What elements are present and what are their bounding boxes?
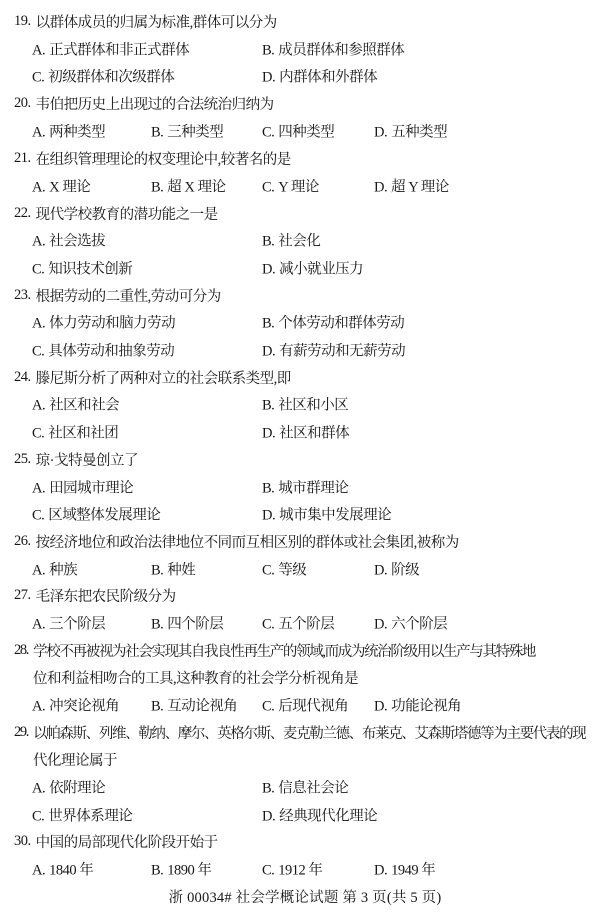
option-text: 社会化 xyxy=(278,234,320,250)
option-text: 正式群体和非正式群体 xyxy=(49,43,189,59)
option-label: A. xyxy=(32,234,45,250)
option-text: 信息社会论 xyxy=(278,781,348,797)
option-text: 内群体和外群体 xyxy=(279,70,377,86)
option-label: A. xyxy=(32,398,45,414)
option-text: 功能论视角 xyxy=(391,699,461,715)
option-text: 1912 年 xyxy=(278,863,322,879)
option-text: 三种类型 xyxy=(167,125,223,141)
option-text: 区域整体发展理论 xyxy=(48,507,160,523)
option-text: 种姓 xyxy=(167,562,195,578)
option-label: D. xyxy=(374,699,387,715)
question-number: 29. xyxy=(14,724,28,741)
option-text: 五个阶层 xyxy=(278,617,334,633)
option-text: 互动论视角 xyxy=(167,699,237,715)
options-row: C.区域整体发展理论D.城市集中发展理论 xyxy=(14,500,596,527)
question-text: 以帕森斯、列维、勒纳、摩尔、英格尔斯、麦克勒兰德、布莱克、艾森斯塔德等为主要代表… xyxy=(33,722,585,743)
question-text: 位和利益相吻合的工具,这种教育的社会学分析视角是 xyxy=(33,667,358,688)
option-label: D. xyxy=(374,562,387,578)
question-text: 中国的局部现代化阶段开始于 xyxy=(36,831,218,852)
option-c: C.1912 年 xyxy=(262,859,322,880)
option-c: C.社区和社团 xyxy=(32,421,118,442)
option-label: C. xyxy=(262,617,274,633)
option-a: A.社会选拔 xyxy=(32,230,105,251)
option-text: 体力劳动和脑力劳动 xyxy=(49,316,175,332)
option-b: B.超 X 理论 xyxy=(151,175,226,196)
option-b: B.互动论视角 xyxy=(151,695,237,716)
option-label: C. xyxy=(262,863,274,879)
option-label: C. xyxy=(32,507,44,523)
question-stem: 20.韦伯把历史上出现过的合法统治归纳为 xyxy=(14,90,596,117)
question-number: 20. xyxy=(14,95,31,112)
options-row: C.知识技术创新D.减小就业压力 xyxy=(14,254,596,281)
option-label: B. xyxy=(151,125,163,141)
options-row: A.X 理论B.超 X 理论C.Y 理论D.超 Y 理论 xyxy=(14,172,596,199)
option-d: D.超 Y 理论 xyxy=(374,175,449,196)
options-row: C.世界体系理论D.经典现代化理论 xyxy=(14,801,596,828)
option-label: A. xyxy=(32,699,45,715)
option-label: B. xyxy=(262,43,274,59)
option-label: A. xyxy=(32,863,45,879)
option-b: B.社会化 xyxy=(262,230,320,251)
option-a: A.X 理论 xyxy=(32,175,90,196)
option-label: B. xyxy=(151,562,163,578)
option-text: 四种类型 xyxy=(278,125,334,141)
option-label: A. xyxy=(32,125,45,141)
option-d: D.减小就业压力 xyxy=(262,257,363,278)
option-c: C.后现代视角 xyxy=(262,695,348,716)
option-text: 田园城市理论 xyxy=(49,480,133,496)
options-row: A.种族B.种姓C.等级D.阶级 xyxy=(14,555,596,582)
question-stem: 23.根据劳动的二重性,劳动可分为 xyxy=(14,281,596,308)
option-d: D.城市集中发展理论 xyxy=(262,503,391,524)
question-number: 28. xyxy=(14,642,28,659)
option-d: D.五种类型 xyxy=(374,121,447,142)
option-label: A. xyxy=(32,43,45,59)
option-b: B.社区和小区 xyxy=(262,394,348,415)
option-text: 城市群理论 xyxy=(278,480,348,496)
question-text: 琼·戈特曼创立了 xyxy=(36,449,138,470)
question-stem: 27.毛泽东把农民阶级分为 xyxy=(14,582,596,609)
option-a: A.两种类型 xyxy=(32,121,105,142)
option-label: B. xyxy=(151,863,163,879)
option-a: A.体力劳动和脑力劳动 xyxy=(32,312,175,333)
option-a: A.三个阶层 xyxy=(32,613,105,634)
option-label: B. xyxy=(151,179,163,195)
question-stem: 28.学校不再被视为社会实现其自我良性再生产的领域,而成为统治阶级用以生产与其特… xyxy=(14,637,596,664)
option-text: 社区和群体 xyxy=(279,425,349,441)
option-text: Y 理论 xyxy=(278,179,319,195)
option-text: 具体劳动和抽象劳动 xyxy=(48,343,174,359)
question-number: 23. xyxy=(14,287,31,304)
question-stem-continued: 位和利益相吻合的工具,这种教育的社会学分析视角是 xyxy=(14,664,596,691)
question-text: 毛泽东把农民阶级分为 xyxy=(36,585,176,606)
option-d: D.阶级 xyxy=(374,558,419,579)
option-text: 成员群体和参照群体 xyxy=(278,43,404,59)
option-c: C.五个阶层 xyxy=(262,613,334,634)
options-row: A.1840 年B.1890 年C.1912 年D.1949 年 xyxy=(14,856,596,883)
option-text: 依附理论 xyxy=(49,781,105,797)
options-row: A.社区和社会B.社区和小区 xyxy=(14,391,596,418)
option-b: B.三种类型 xyxy=(151,121,223,142)
option-c: C.区域整体发展理论 xyxy=(32,503,160,524)
option-a: A.种族 xyxy=(32,558,77,579)
options-row: A.田园城市理论B.城市群理论 xyxy=(14,473,596,500)
option-label: B. xyxy=(151,699,163,715)
exam-page: 19.以群体成员的归属为标准,群体可以分为A.正式群体和非正式群体B.成员群体和… xyxy=(0,0,610,910)
option-text: 社会选拔 xyxy=(49,234,105,250)
option-label: C. xyxy=(32,425,44,441)
option-text: 种族 xyxy=(49,562,77,578)
option-d: D.社区和群体 xyxy=(262,421,349,442)
options-row: A.体力劳动和脑力劳动B.个体劳动和群体劳动 xyxy=(14,309,596,336)
option-label: D. xyxy=(262,425,275,441)
question-stem: 19.以群体成员的归属为标准,群体可以分为 xyxy=(14,8,596,35)
option-c: C.Y 理论 xyxy=(262,175,319,196)
option-label: D. xyxy=(374,179,387,195)
option-text: 有薪劳动和无薪劳动 xyxy=(279,343,405,359)
option-text: 五种类型 xyxy=(391,125,447,141)
option-text: 经典现代化理论 xyxy=(279,808,377,824)
option-text: 城市集中发展理论 xyxy=(279,507,391,523)
option-label: D. xyxy=(374,617,387,633)
option-b: B.1890 年 xyxy=(151,859,211,880)
option-label: B. xyxy=(262,398,274,414)
footer-text: 浙 00034# 社会学概论试题 第 3 页(共 5 页) xyxy=(169,886,442,907)
option-d: D.1949 年 xyxy=(374,859,435,880)
option-label: C. xyxy=(32,343,44,359)
options-row: A.三个阶层B.四个阶层C.五个阶层D.六个阶层 xyxy=(14,610,596,637)
question-number: 21. xyxy=(14,150,31,167)
options-row: A.正式群体和非正式群体B.成员群体和参照群体 xyxy=(14,35,596,62)
option-label: C. xyxy=(262,125,274,141)
option-label: D. xyxy=(262,507,275,523)
option-text: 1840 年 xyxy=(49,863,93,879)
options-row: C.初级群体和次级群体D.内群体和外群体 xyxy=(14,63,596,90)
page-footer: 浙 00034# 社会学概论试题 第 3 页(共 5 页) xyxy=(14,883,596,910)
option-b: B.四个阶层 xyxy=(151,613,223,634)
option-label: C. xyxy=(262,562,274,578)
question-text: 在组织管理理论的权变理论中,较著名的是 xyxy=(36,148,291,169)
option-text: 等级 xyxy=(278,562,306,578)
option-text: 社区和社会 xyxy=(49,398,119,414)
question-number: 25. xyxy=(14,451,31,468)
option-label: C. xyxy=(32,261,44,277)
question-stem: 30.中国的局部现代化阶段开始于 xyxy=(14,828,596,855)
option-a: A.社区和社会 xyxy=(32,394,119,415)
option-text: 两种类型 xyxy=(49,125,105,141)
options-row: C.社区和社团D.社区和群体 xyxy=(14,418,596,445)
option-b: B.城市群理论 xyxy=(262,476,348,497)
option-text: 超 Y 理论 xyxy=(391,179,449,195)
question-text: 按经济地位和政治法律地位不同而互相区别的群体或社会集团,被称为 xyxy=(36,531,459,552)
option-label: C. xyxy=(262,699,274,715)
option-text: 知识技术创新 xyxy=(48,261,132,277)
options-row: C.具体劳动和抽象劳动D.有薪劳动和无薪劳动 xyxy=(14,336,596,363)
option-text: 1890 年 xyxy=(167,863,211,879)
question-stem: 25.琼·戈特曼创立了 xyxy=(14,446,596,473)
option-text: 三个阶层 xyxy=(49,617,105,633)
question-stem: 22.现代学校教育的潜功能之一是 xyxy=(14,199,596,226)
option-d: D.功能论视角 xyxy=(374,695,461,716)
options-row: A.社会选拔B.社会化 xyxy=(14,227,596,254)
option-c: C.等级 xyxy=(262,558,306,579)
option-d: D.有薪劳动和无薪劳动 xyxy=(262,339,405,360)
question-number: 19. xyxy=(14,13,31,30)
question-number: 27. xyxy=(14,587,31,604)
option-label: D. xyxy=(262,70,275,86)
question-text: 学校不再被视为社会实现其自我良性再生产的领域,而成为统治阶级用以生产与其特殊地 xyxy=(33,640,535,661)
option-c: C.初级群体和次级群体 xyxy=(32,66,174,87)
option-label: D. xyxy=(262,808,275,824)
option-text: 六个阶层 xyxy=(391,617,447,633)
option-text: 四个阶层 xyxy=(167,617,223,633)
option-text: 后现代视角 xyxy=(278,699,348,715)
option-d: D.内群体和外群体 xyxy=(262,66,377,87)
option-d: D.经典现代化理论 xyxy=(262,804,377,825)
option-b: B.种姓 xyxy=(151,558,195,579)
option-c: C.世界体系理论 xyxy=(32,804,132,825)
option-b: B.成员群体和参照群体 xyxy=(262,39,404,60)
question-number: 26. xyxy=(14,533,31,550)
option-a: A.冲突论视角 xyxy=(32,695,119,716)
question-number: 24. xyxy=(14,369,31,386)
option-text: 超 X 理论 xyxy=(167,179,225,195)
option-label: A. xyxy=(32,617,45,633)
option-text: 社区和社团 xyxy=(48,425,118,441)
question-stem: 24.滕尼斯分析了两种对立的社会联系类型,即 xyxy=(14,363,596,390)
question-stem: 21.在组织管理理论的权变理论中,较著名的是 xyxy=(14,145,596,172)
question-number: 22. xyxy=(14,205,31,222)
option-label: B. xyxy=(262,316,274,332)
option-text: 社区和小区 xyxy=(278,398,348,414)
option-label: D. xyxy=(374,863,387,879)
options-row: A.冲突论视角B.互动论视角C.后现代视角D.功能论视角 xyxy=(14,692,596,719)
option-label: A. xyxy=(32,781,45,797)
option-label: B. xyxy=(262,234,274,250)
question-text: 根据劳动的二重性,劳动可分为 xyxy=(36,285,221,306)
option-a: A.1840 年 xyxy=(32,859,93,880)
option-label: B. xyxy=(151,617,163,633)
option-label: B. xyxy=(262,480,274,496)
option-label: D. xyxy=(262,343,275,359)
option-c: C.知识技术创新 xyxy=(32,257,132,278)
question-stem: 29.以帕森斯、列维、勒纳、摩尔、英格尔斯、麦克勒兰德、布莱克、艾森斯塔德等为主… xyxy=(14,719,596,746)
option-a: A.正式群体和非正式群体 xyxy=(32,39,189,60)
option-text: 个体劳动和群体劳动 xyxy=(278,316,404,332)
option-label: A. xyxy=(32,316,45,332)
question-list: 19.以群体成员的归属为标准,群体可以分为A.正式群体和非正式群体B.成员群体和… xyxy=(14,8,596,883)
option-label: A. xyxy=(32,179,45,195)
option-label: D. xyxy=(262,261,275,277)
question-stem: 26.按经济地位和政治法律地位不同而互相区别的群体或社会集团,被称为 xyxy=(14,528,596,555)
option-label: A. xyxy=(32,480,45,496)
question-stem-continued: 代化理论属于 xyxy=(14,746,596,773)
option-label: C. xyxy=(32,70,44,86)
option-c: C.四种类型 xyxy=(262,121,334,142)
option-c: C.具体劳动和抽象劳动 xyxy=(32,339,174,360)
option-text: 世界体系理论 xyxy=(48,808,132,824)
question-number: 30. xyxy=(14,833,31,850)
question-text: 以群体成员的归属为标准,群体可以分为 xyxy=(36,11,277,32)
options-row: A.依附理论B.信息社会论 xyxy=(14,774,596,801)
question-text: 韦伯把历史上出现过的合法统治归纳为 xyxy=(36,93,274,114)
options-row: A.两种类型B.三种类型C.四种类型D.五种类型 xyxy=(14,117,596,144)
option-label: C. xyxy=(32,808,44,824)
option-a: A.田园城市理论 xyxy=(32,476,133,497)
question-text: 代化理论属于 xyxy=(33,749,117,770)
option-text: 初级群体和次级群体 xyxy=(48,70,174,86)
option-text: X 理论 xyxy=(49,179,90,195)
option-label: D. xyxy=(374,125,387,141)
option-label: C. xyxy=(262,179,274,195)
question-text: 滕尼斯分析了两种对立的社会联系类型,即 xyxy=(36,367,291,388)
option-d: D.六个阶层 xyxy=(374,613,447,634)
option-text: 冲突论视角 xyxy=(49,699,119,715)
question-text: 现代学校教育的潜功能之一是 xyxy=(36,203,218,224)
option-b: B.信息社会论 xyxy=(262,777,348,798)
option-b: B.个体劳动和群体劳动 xyxy=(262,312,404,333)
option-label: B. xyxy=(262,781,274,797)
option-text: 减小就业压力 xyxy=(279,261,363,277)
option-label: A. xyxy=(32,562,45,578)
option-text: 1949 年 xyxy=(391,863,435,879)
option-text: 阶级 xyxy=(391,562,419,578)
option-a: A.依附理论 xyxy=(32,777,105,798)
